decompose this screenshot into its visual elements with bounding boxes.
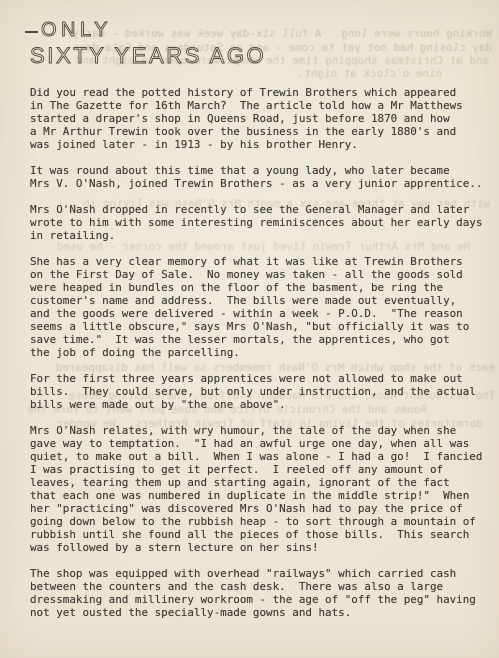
scanned-document-page: Working hours were long. A full six-day … — [0, 0, 499, 658]
paragraph-first-day-of-sale: She has a very clear memory of what it w… — [30, 255, 490, 359]
paragraph-history-intro: Did you read the potted history of Trewi… — [30, 86, 490, 151]
ghost-text-line: nine o'clock at night. — [298, 67, 442, 80]
paragraph-temptation-story: Mrs O'Nash relates, with wry humour, the… — [30, 424, 490, 554]
page-title-line-2: SIXTY YEARS AGO — [30, 44, 266, 68]
paragraph-shop-railways: The shop was equipped with overhead "rai… — [30, 567, 490, 619]
paragraph-young-lady: It was round about this time that a youn… — [30, 164, 490, 190]
paragraph-apprentice-bills: For the first three years apprentices we… — [30, 372, 490, 411]
article-body: Did you read the potted history of Trewi… — [30, 86, 490, 632]
title-prefix-dash — [25, 31, 38, 33]
paragraph-dropped-in: Mrs O'Nash dropped in recently to see th… — [30, 203, 490, 242]
page-title-line-1: ONLY — [41, 20, 112, 40]
ghost-text-line: Working hours were long. A full six-day … — [72, 27, 492, 40]
